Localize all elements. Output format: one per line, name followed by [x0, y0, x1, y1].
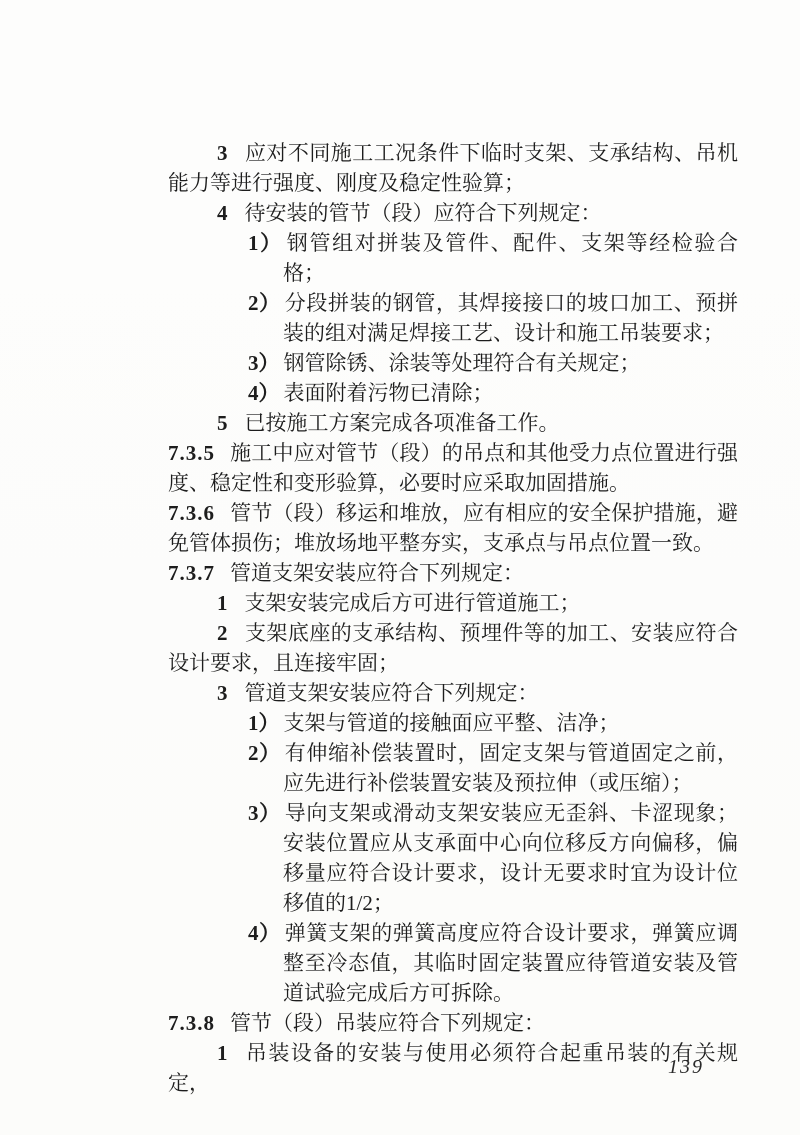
- list-item: 1）支架与管道的接触面应平整、洁净；: [283, 708, 738, 738]
- clause-paragraph: 7.3.6管节（段）移运和堆放，应有相应的安全保护措施，避免管体损伤；堆放场地平…: [168, 498, 738, 558]
- clause-paragraph: 7.3.7管道支架安装应符合下列规定：: [168, 558, 738, 588]
- item-number: 2: [217, 621, 228, 645]
- paragraph-text: 支架底座的支承结构、预埋件等的加工、安装应符合设计要求，且连接牢固；: [168, 621, 738, 675]
- paragraph-text: 支架安装完成后方可进行管道施工；: [245, 591, 581, 615]
- list-item: 4待安装的管节（段）应符合下列规定：: [168, 198, 738, 228]
- item-number: 1: [217, 591, 228, 615]
- paragraph-text: 已按施工方案完成各项准备工作。: [245, 411, 560, 435]
- paragraph-text: 管节（段）吊装应符合下列规定：: [230, 1011, 545, 1035]
- paragraph-text: 钢管除锈、涂装等处理符合有关规定；: [284, 351, 641, 375]
- item-number: 3）: [248, 801, 281, 825]
- item-number: 1）: [248, 711, 280, 735]
- clause-paragraph: 7.3.8管节（段）吊装应符合下列规定：: [168, 1008, 738, 1038]
- clause-number: 7.3.7: [168, 561, 215, 585]
- paragraph-text: 支架与管道的接触面应平整、洁净；: [284, 711, 620, 735]
- item-number: 3: [217, 681, 228, 705]
- paragraph-text: 分段拼装的钢管，其焊接接口的坡口加工、预拼装的组对满足焊接工艺、设计和施工吊装要…: [283, 291, 738, 345]
- paragraph-text: 施工中应对管节（段）的吊点和其他受力点位置进行强度、稳定性和变形验算，必要时应采…: [168, 441, 738, 495]
- paragraph-text: 钢管组对拼装及管件、配件、支架等经检验合格；: [283, 231, 738, 285]
- paragraph-text: 表面附着污物已清除；: [284, 381, 494, 405]
- item-number: 2）: [248, 291, 281, 315]
- paragraph-text: 吊装设备的安装与使用必须符合起重吊装的有关规定，: [168, 1041, 738, 1095]
- clause-number: 7.3.8: [168, 1011, 215, 1035]
- clause-paragraph: 7.3.5施工中应对管节（段）的吊点和其他受力点位置进行强度、稳定性和变形验算，…: [168, 438, 738, 498]
- clause-number: 7.3.5: [168, 441, 215, 465]
- list-item: 3管道支架安装应符合下列规定：: [168, 678, 738, 708]
- paragraph-text: 待安装的管节（段）应符合下列规定：: [245, 201, 602, 225]
- list-item: 5已按施工方案完成各项准备工作。: [168, 408, 738, 438]
- paragraph-text: 管道支架安装应符合下列规定：: [245, 681, 539, 705]
- item-number: 3）: [248, 351, 280, 375]
- item-number: 4: [217, 201, 228, 225]
- list-item: 1吊装设备的安装与使用必须符合起重吊装的有关规定，: [168, 1038, 738, 1098]
- item-number: 4）: [248, 381, 280, 405]
- page-number: 139: [668, 1056, 704, 1079]
- item-number: 2）: [248, 741, 281, 765]
- item-number: 1）: [248, 231, 283, 255]
- item-number: 3: [217, 141, 228, 165]
- list-item: 1）钢管组对拼装及管件、配件、支架等经检验合格；: [283, 228, 738, 288]
- document-body: 3应对不同施工工况条件下临时支架、支承结构、吊机能力等进行强度、刚度及稳定性验算…: [168, 138, 738, 1098]
- list-item: 4）表面附着污物已清除；: [283, 378, 738, 408]
- paragraph-text: 管节（段）移运和堆放，应有相应的安全保护措施，避免管体损伤；堆放场地平整夯实，支…: [168, 501, 738, 555]
- item-number: 4）: [248, 921, 281, 945]
- list-item: 3）钢管除锈、涂装等处理符合有关规定；: [283, 348, 738, 378]
- list-item: 2）分段拼装的钢管，其焊接接口的坡口加工、预拼装的组对满足焊接工艺、设计和施工吊…: [283, 288, 738, 348]
- paragraph-text: 弹簧支架的弹簧高度应符合设计要求，弹簧应调整至冷态值，其临时固定装置应待管道安装…: [283, 921, 738, 1005]
- paragraph-text: 管道支架安装应符合下列规定：: [230, 561, 524, 585]
- list-item: 1支架安装完成后方可进行管道施工；: [168, 588, 738, 618]
- list-item: 3）导向支架或滑动支架安装应无歪斜、卡涩现象；安装位置应从支承面中心向位移反方向…: [283, 798, 738, 918]
- paragraph-text: 导向支架或滑动支架安装应无歪斜、卡涩现象；安装位置应从支承面中心向位移反方向偏移…: [283, 801, 738, 915]
- list-item: 2支架底座的支承结构、预埋件等的加工、安装应符合设计要求，且连接牢固；: [168, 618, 738, 678]
- document-page: 3应对不同施工工况条件下临时支架、支承结构、吊机能力等进行强度、刚度及稳定性验算…: [0, 0, 800, 1135]
- paragraph-text: 有伸缩补偿装置时，固定支架与管道固定之前，应先进行补偿装置安装及预拉伸（或压缩）…: [283, 741, 738, 795]
- paragraph-text: 应对不同施工工况条件下临时支架、支承结构、吊机能力等进行强度、刚度及稳定性验算；: [168, 141, 738, 195]
- item-number: 1: [217, 1041, 228, 1065]
- list-item: 2）有伸缩补偿装置时，固定支架与管道固定之前，应先进行补偿装置安装及预拉伸（或压…: [283, 738, 738, 798]
- clause-number: 7.3.6: [168, 501, 215, 525]
- item-number: 5: [217, 411, 228, 435]
- list-item: 3应对不同施工工况条件下临时支架、支承结构、吊机能力等进行强度、刚度及稳定性验算…: [168, 138, 738, 198]
- list-item: 4）弹簧支架的弹簧高度应符合设计要求，弹簧应调整至冷态值，其临时固定装置应待管道…: [283, 918, 738, 1008]
